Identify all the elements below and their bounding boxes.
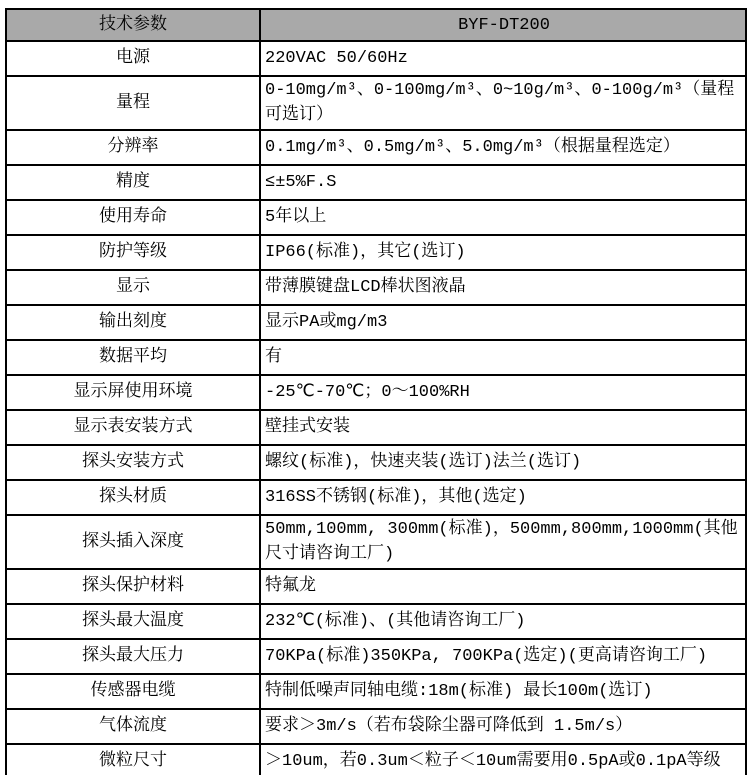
value-cell: 5年以上 xyxy=(260,200,746,235)
table-row: 探头材质 316SS不锈钢(标准)，其他(选定) xyxy=(6,480,746,515)
value-cell: 220VAC 50/60Hz xyxy=(260,41,746,76)
table-row: 气体流度 要求＞3m/s（若布袋除尘器可降低到 1.5m/s） xyxy=(6,709,746,744)
table-row: 电源 220VAC 50/60Hz xyxy=(6,41,746,76)
param-cell: 探头安装方式 xyxy=(6,445,260,480)
value-cell: 50mm,100mm, 300mm(标准)，500mm,800mm,1000mm… xyxy=(260,515,746,569)
table-row: 探头安装方式 螺纹(标准)，快速夹装(选订)法兰(选订) xyxy=(6,445,746,480)
value-cell: IP66(标准)，其它(选订) xyxy=(260,235,746,270)
param-cell: 显示 xyxy=(6,270,260,305)
param-cell: 显示表安装方式 xyxy=(6,410,260,445)
table-row: 分辨率 0.1mg/m³、0.5mg/m³、5.0mg/m³（根据量程选定） xyxy=(6,130,746,165)
value-cell: ≤±5%F.S xyxy=(260,165,746,200)
table-row: 显示表安装方式 壁挂式安装 xyxy=(6,410,746,445)
table-row: 输出刻度 显示PA或mg/m3 xyxy=(6,305,746,340)
spec-table: 技术参数 BYF-DT200 电源 220VAC 50/60Hz 量程 0-10… xyxy=(5,8,747,775)
table-row: 使用寿命 5年以上 xyxy=(6,200,746,235)
table-row: 探头插入深度 50mm,100mm, 300mm(标准)，500mm,800mm… xyxy=(6,515,746,569)
table-row: 数据平均 有 xyxy=(6,340,746,375)
value-cell: 0.1mg/m³、0.5mg/m³、5.0mg/m³（根据量程选定） xyxy=(260,130,746,165)
header-model-cell: BYF-DT200 xyxy=(260,9,746,41)
table-row: 显示屏使用环境 -25℃-70℃；0～100%RH xyxy=(6,375,746,410)
value-cell: 316SS不锈钢(标准)，其他(选定) xyxy=(260,480,746,515)
value-cell: 显示PA或mg/m3 xyxy=(260,305,746,340)
param-cell: 探头保护材料 xyxy=(6,569,260,604)
table-row: 量程 0-10mg/m³、0-100mg/m³、0~10g/m³、0-100g/… xyxy=(6,76,746,130)
table-row: 显示 带薄膜键盘LCD棒状图液晶 xyxy=(6,270,746,305)
table-row: 探头最大压力 70KPa(标准)350KPa, 700KPa(选定)(更高请咨询… xyxy=(6,639,746,674)
table-row: 精度 ≤±5%F.S xyxy=(6,165,746,200)
param-cell: 分辨率 xyxy=(6,130,260,165)
spec-table-body: 电源 220VAC 50/60Hz 量程 0-10mg/m³、0-100mg/m… xyxy=(6,41,746,775)
param-cell: 探头最大温度 xyxy=(6,604,260,639)
value-cell: 232℃(标准)、(其他请咨询工厂) xyxy=(260,604,746,639)
value-cell: 70KPa(标准)350KPa, 700KPa(选定)(更高请咨询工厂) xyxy=(260,639,746,674)
value-cell: 螺纹(标准)，快速夹装(选订)法兰(选订) xyxy=(260,445,746,480)
param-cell: 探头最大压力 xyxy=(6,639,260,674)
param-cell: 电源 xyxy=(6,41,260,76)
value-cell: ＞10um，若0.3um＜粒子＜10um需要用0.5pA或0.1pA等级 xyxy=(260,744,746,775)
table-row: 防护等级 IP66(标准)，其它(选订) xyxy=(6,235,746,270)
table-header-row: 技术参数 BYF-DT200 xyxy=(6,9,746,41)
value-cell: 壁挂式安装 xyxy=(260,410,746,445)
param-cell: 精度 xyxy=(6,165,260,200)
param-cell: 显示屏使用环境 xyxy=(6,375,260,410)
value-cell: 0-10mg/m³、0-100mg/m³、0~10g/m³、0-100g/m³（… xyxy=(260,76,746,130)
param-cell: 数据平均 xyxy=(6,340,260,375)
param-cell: 探头插入深度 xyxy=(6,515,260,569)
table-row: 微粒尺寸 ＞10um，若0.3um＜粒子＜10um需要用0.5pA或0.1pA等… xyxy=(6,744,746,775)
page: { "colors": { "header_bg": "#a9a9a9", "b… xyxy=(0,0,750,775)
table-row: 传感器电缆 特制低噪声同轴电缆:18m(标准) 最长100m(选订) xyxy=(6,674,746,709)
table-row: 探头保护材料 特氟龙 xyxy=(6,569,746,604)
param-cell: 探头材质 xyxy=(6,480,260,515)
param-cell: 防护等级 xyxy=(6,235,260,270)
header-param-cell: 技术参数 xyxy=(6,9,260,41)
param-cell: 量程 xyxy=(6,76,260,130)
value-cell: -25℃-70℃；0～100%RH xyxy=(260,375,746,410)
table-row: 探头最大温度 232℃(标准)、(其他请咨询工厂) xyxy=(6,604,746,639)
param-cell: 气体流度 xyxy=(6,709,260,744)
value-cell: 要求＞3m/s（若布袋除尘器可降低到 1.5m/s） xyxy=(260,709,746,744)
param-cell: 传感器电缆 xyxy=(6,674,260,709)
param-cell: 微粒尺寸 xyxy=(6,744,260,775)
value-cell: 特制低噪声同轴电缆:18m(标准) 最长100m(选订) xyxy=(260,674,746,709)
param-cell: 使用寿命 xyxy=(6,200,260,235)
value-cell: 特氟龙 xyxy=(260,569,746,604)
value-cell: 带薄膜键盘LCD棒状图液晶 xyxy=(260,270,746,305)
value-cell: 有 xyxy=(260,340,746,375)
param-cell: 输出刻度 xyxy=(6,305,260,340)
